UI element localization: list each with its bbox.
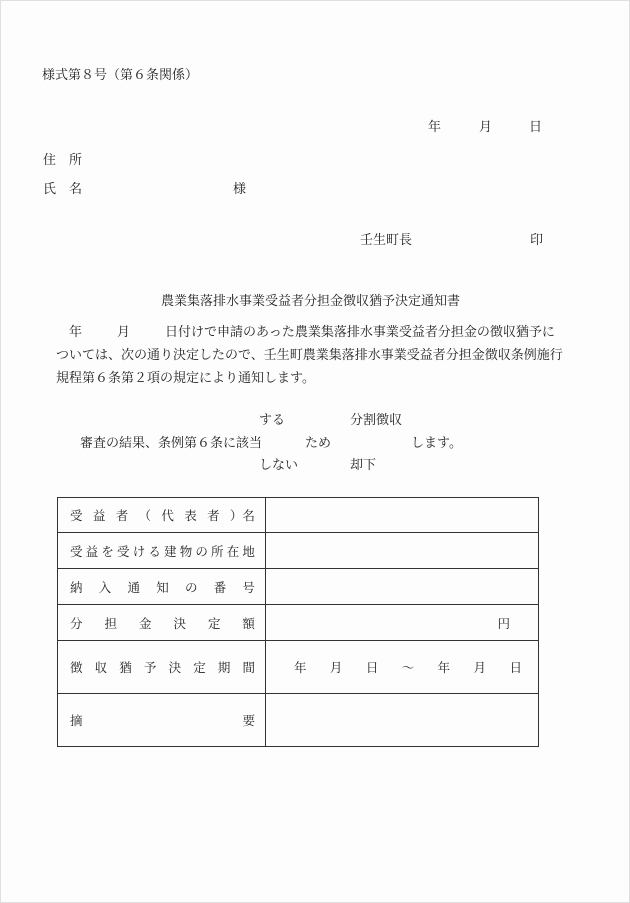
body-line3: 規程第６条第２項の規定により通知します。 [56, 371, 315, 387]
end-month: 月 [474, 658, 487, 676]
honorific: 様 [233, 182, 246, 198]
value-building-location[interactable] [266, 533, 539, 569]
table-row: 摘要 [58, 694, 539, 747]
body-line1: 日付けで申請のあった農業集落排水事業受益者分担金の徴収猶予に [165, 325, 555, 341]
label-beneficiary-name: 受益者（代表者）名 [58, 498, 266, 533]
date-year: 年 [428, 120, 441, 136]
decision-prefix: 審査の結果、条例第６条に該当 [80, 436, 262, 452]
start-month: 月 [330, 658, 343, 676]
document-page: 様式第８号（第６条関係） 年 月 日 住 所 氏 名 様 壬生町長 印 農業集落… [0, 0, 630, 903]
decision-suffix: します。 [411, 436, 462, 452]
label-building-location: 受益を受ける建物の所在地 [58, 533, 266, 569]
decision-connector: ため [305, 436, 331, 452]
value-charge-amount[interactable]: 円 [266, 605, 539, 641]
value-deferral-period[interactable]: 年 月 日 ～ 年 月 日 [266, 641, 539, 694]
table-row: 受益を受ける建物の所在地 [58, 533, 539, 569]
yen-unit: 円 [497, 616, 510, 631]
form-number: 様式第８号（第６条関係） [42, 68, 198, 84]
label-charge-amount: 分担金決定額 [58, 605, 266, 641]
range-tilde: ～ [402, 658, 415, 676]
label-notice-number: 納入通知の番号 [58, 569, 266, 605]
table-row: 納入通知の番号 [58, 569, 539, 605]
date-month: 月 [479, 120, 492, 136]
action-installment: 分割徴収 [350, 413, 402, 429]
start-day: 日 [366, 658, 379, 676]
end-year: 年 [438, 658, 451, 676]
address-label: 住 所 [43, 153, 82, 169]
issuer-title: 壬生町長 [360, 233, 412, 249]
body-month: 月 [117, 325, 130, 341]
date-day: 日 [529, 120, 542, 136]
value-beneficiary-name[interactable] [266, 498, 539, 533]
action-reject: 却下 [350, 458, 376, 474]
option-no: しない [259, 458, 298, 474]
table-row: 受益者（代表者）名 [58, 498, 539, 533]
table-row: 分担金決定額 円 [58, 605, 539, 641]
end-day: 日 [509, 658, 522, 676]
details-table: 受益者（代表者）名 受益を受ける建物の所在地 納入通知の番号 [57, 497, 539, 747]
document-title: 農業集落排水事業受益者分担金徴収猶予決定通知書 [161, 294, 460, 310]
name-label: 氏 名 [43, 182, 82, 198]
label-remarks: 摘要 [58, 694, 266, 747]
value-notice-number[interactable] [266, 569, 539, 605]
body-line2: ついては、次の通り決定したので、壬生町農業集落排水事業受益者分担金徴収条例施行 [56, 348, 563, 364]
value-remarks[interactable] [266, 694, 539, 747]
start-year: 年 [294, 658, 307, 676]
table-row: 徴収猶予決定期間 年 月 日 ～ 年 月 日 [58, 641, 539, 694]
label-deferral-period: 徴収猶予決定期間 [58, 641, 266, 694]
body-year: 年 [69, 325, 82, 341]
seal-mark: 印 [530, 233, 543, 249]
option-yes: する [259, 413, 285, 429]
